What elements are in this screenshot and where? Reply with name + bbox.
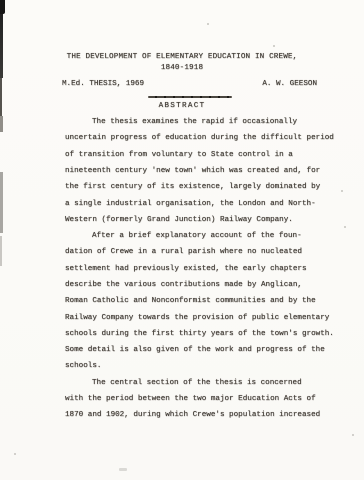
degree-line: M.Ed. THESIS, 1969: [62, 80, 144, 89]
abstract-line: Western (formerly Grand Junction) Railwa…: [65, 216, 293, 225]
scan-speck: [273, 45, 275, 47]
scan-edge-artifact-speckband: [0, 116, 3, 132]
scanned-document-page: THE DEVELOPMENT OF ELEMENTARY EDUCATION …: [0, 0, 364, 480]
abstract-line: settlement had previously existed, the e…: [65, 265, 307, 274]
typed-separator-rule: [148, 96, 232, 98]
scan-speck: [207, 23, 209, 25]
abstract-line: a single industrial organisation, the Lo…: [65, 200, 316, 209]
abstract-line: Railway Company towards the provision of…: [65, 314, 329, 323]
abstract-line: dation of Crewe in a rural parish where …: [65, 248, 302, 257]
abstract-line: nineteenth century 'new town' which was …: [65, 167, 320, 176]
abstract-line: schools during the first thirty years of…: [65, 330, 334, 339]
abstract-line: schools.: [65, 362, 101, 371]
abstract-heading: ABSTRACT: [0, 102, 364, 111]
abstract-line: 1870 and 1902, during which Crewe's popu…: [65, 411, 320, 420]
author-name: A. W. GEESON: [262, 80, 317, 89]
abstract-line: with the period between the two major Ed…: [65, 395, 316, 404]
scan-speck: [344, 226, 346, 228]
document-title-line2: 1840-1918: [0, 64, 364, 73]
abstract-line: After a brief explanatory account of the…: [92, 232, 302, 241]
scan-edge-artifact-faint: [0, 236, 2, 266]
scan-speck: [341, 190, 343, 192]
abstract-line: of transition from voluntary to State co…: [65, 151, 293, 160]
scan-speck: [352, 434, 354, 436]
abstract-line: uncertain progress of education during t…: [65, 134, 334, 143]
scan-speck: [119, 468, 127, 471]
abstract-line: describe the various contributions made …: [65, 281, 302, 290]
abstract-line: The central section of the thesis is con…: [92, 379, 302, 388]
abstract-line: The thesis examines the rapid if occasio…: [92, 118, 297, 127]
scan-speck: [14, 453, 16, 455]
abstract-line: Roman Catholic and Nonconformist communi…: [65, 297, 316, 306]
abstract-line: the first century of its existence, larg…: [65, 183, 320, 192]
document-title-line1: THE DEVELOPMENT OF ELEMENTARY EDUCATION …: [0, 53, 364, 62]
scan-edge-artifact-blob: [0, 0, 5, 14]
abstract-line: Some detail is also given of the work an…: [65, 346, 325, 355]
scan-edge-artifact-gray: [0, 172, 3, 233]
